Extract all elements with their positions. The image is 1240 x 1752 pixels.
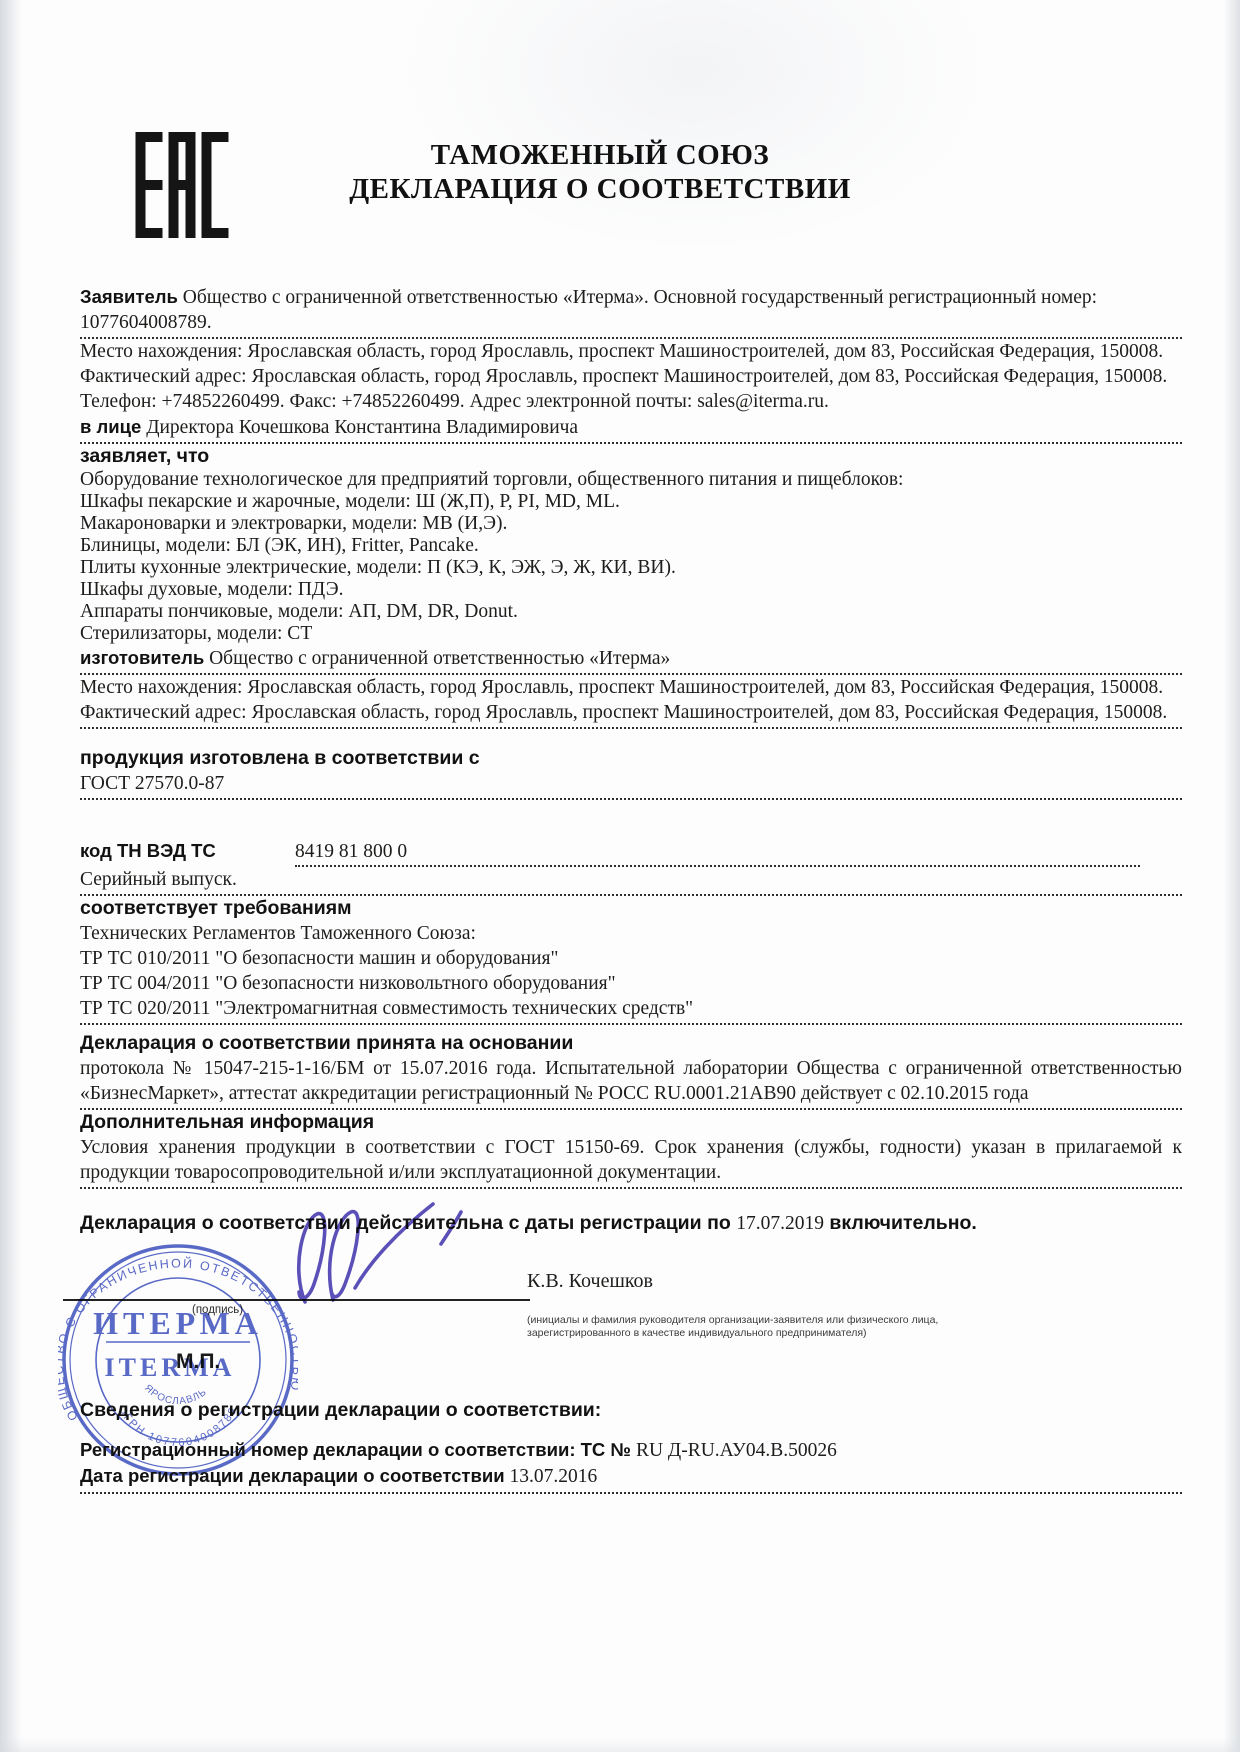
additional-label: Дополнительная информация: [80, 1110, 1182, 1135]
product-line: Шкафы пекарские и жарочные, модели: Ш (Ж…: [80, 491, 1182, 513]
regulation-line: ТР ТС 010/2011 "О безопасности машин и о…: [80, 946, 1182, 971]
registration-number-value: RU Д-RU.АУ04.В.50026: [636, 1440, 837, 1461]
tnved-value: 8419 81 800 0: [295, 841, 1140, 867]
handwritten-signature: [245, 1190, 485, 1315]
conformity-intro: Технических Регламентов Таможенного Союз…: [80, 921, 1182, 946]
in-person-text: Директора Кочешкова Константина Владимир…: [146, 417, 578, 438]
title-line-1: ТАМОЖЕННЫЙ СОЮЗ: [290, 138, 910, 172]
title-line-2: ДЕКЛАРАЦИЯ О СООТВЕТСТВИИ: [290, 172, 910, 206]
declaration-document: ТАМОЖЕННЫЙ СОЮЗ ДЕКЛАРАЦИЯ О СООТВЕТСТВИ…: [0, 0, 1240, 1752]
applicant-label: Заявитель: [80, 286, 178, 307]
document-title: ТАМОЖЕННЫЙ СОЮЗ ДЕКЛАРАЦИЯ О СООТВЕТСТВИ…: [290, 138, 910, 206]
manufacturer-address: Место нахождения: Ярославская область, г…: [80, 675, 1182, 729]
product-line: Макароноварки и электроварки, модели: МВ…: [80, 513, 1182, 535]
serial-line: Серийный выпуск.: [80, 867, 1182, 896]
registration-date-value: 13.07.2016: [510, 1466, 598, 1487]
signatory-note: (инициалы и фамилия руководителя организ…: [527, 1314, 1032, 1340]
registration-date-label: Дата регистрации декларации о соответств…: [80, 1465, 505, 1486]
manufacturer-label: изготовитель: [80, 647, 204, 668]
stamp-name-ru: ИТЕРМА: [93, 1305, 263, 1341]
additional-text: Условия хранения продукции в соответстви…: [80, 1135, 1182, 1189]
applicant-text: Общество с ограниченной ответственностью…: [80, 287, 1097, 333]
registration-number-line: Регистрационный номер декларации о соотв…: [80, 1437, 1182, 1463]
eac-logo-icon: [135, 132, 229, 238]
made-in-accordance-label: продукция изготовлена в соответствии с: [80, 746, 1182, 771]
tnved-label: код ТН ВЭД ТС: [80, 840, 295, 862]
conformity-label: соответствует требованиям: [80, 896, 1182, 921]
applicant-address: Место нахождения: Ярославская область, г…: [80, 339, 1182, 414]
in-person-label: в лице: [80, 416, 141, 437]
made-in-accordance-value: ГОСТ 27570.0-87: [80, 771, 1182, 800]
signatory-name: К.В. Кочешков: [527, 1270, 653, 1293]
product-line: Плиты кухонные электрические, модели: П …: [80, 557, 1182, 579]
basis-text: протокола № 15047-215-1-16/БМ от 15.07.2…: [80, 1056, 1182, 1110]
basis-label: Декларация о соответствии принята на осн…: [80, 1031, 1182, 1056]
declares-label: заявляет, что: [80, 444, 1182, 469]
registration-number-label: Регистрационный номер декларации о соотв…: [80, 1439, 631, 1460]
document-body: Заявитель Общество с ограниченной ответс…: [80, 284, 1182, 1189]
tnved-row: код ТН ВЭД ТС 8419 81 800 0: [80, 840, 1182, 867]
registration-date-line: Дата регистрации декларации о соответств…: [80, 1463, 1182, 1494]
registration-heading: Сведения о регистрации декларации о соот…: [80, 1398, 1182, 1423]
product-line: Оборудование технологическое для предпри…: [80, 469, 1182, 491]
manufacturer-name: Общество с ограниченной ответственностью…: [209, 648, 670, 669]
regulation-line: ТР ТС 004/2011 "О безопасности низковоль…: [80, 971, 1182, 996]
applicant-line: Заявитель Общество с ограниченной ответс…: [80, 284, 1182, 339]
manufacturer-line: изготовитель Общество с ограниченной отв…: [80, 645, 1182, 675]
in-person-line: в лице Директора Кочешкова Константина В…: [80, 414, 1182, 444]
product-line: Стерилизаторы, модели: СТ: [80, 623, 1182, 645]
product-line: Аппараты пончиковые, модели: АП, DM, DR,…: [80, 601, 1182, 623]
product-line: Блиницы, модели: БЛ (ЭК, ИН), Fritter, P…: [80, 535, 1182, 557]
validity-suffix: включительно.: [829, 1212, 976, 1234]
registration-section: Сведения о регистрации декларации о соот…: [80, 1398, 1182, 1494]
validity-date: 17.07.2019: [736, 1213, 824, 1234]
regulation-line: ТР ТС 020/2011 "Электромагнитная совмест…: [80, 996, 1182, 1025]
stamp-name-en: ITERMA: [105, 1353, 236, 1382]
product-line: Шкафы духовые, модели: ПДЭ.: [80, 579, 1182, 601]
